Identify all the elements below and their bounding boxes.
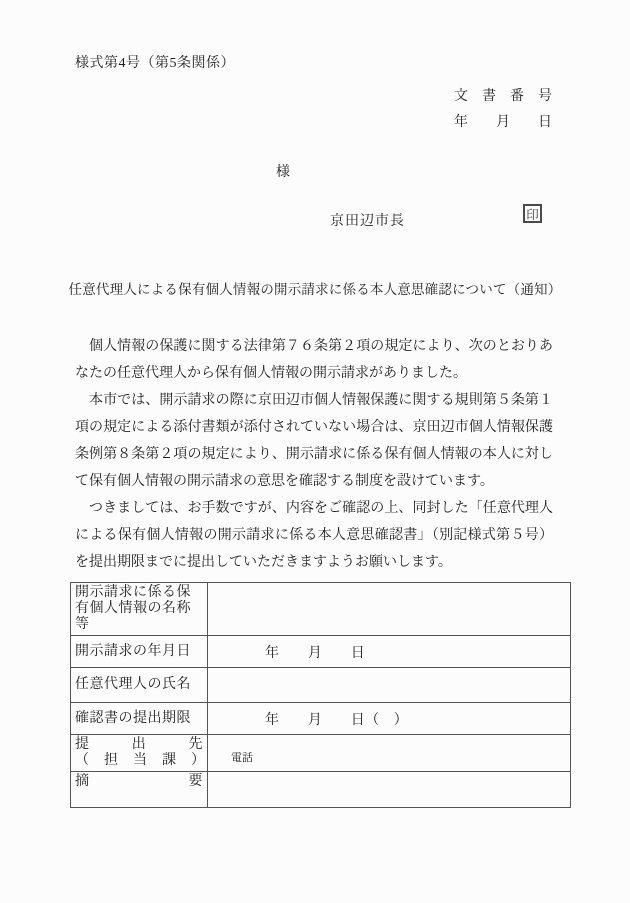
row-label-remarks: 摘 要 — [71, 772, 208, 808]
row-label-agent-name: 任意代理人の氏名 — [71, 668, 208, 703]
row-value-agent-name — [208, 668, 571, 703]
table-row-request-date: 開示請求の年月日 年 月 日 — [71, 636, 571, 668]
submission-office-label-line1: 提 出 先 — [75, 737, 203, 753]
addressee-suffix: 様 — [276, 161, 290, 181]
row-label-submission-office: 提 出 先 （ 担 当 課 ） — [71, 735, 208, 772]
table-row-personal-info-name: 開示請求に係る保有個人情報の名称等 — [71, 583, 571, 636]
submission-office-label-line2: （ 担 当 課 ） — [75, 753, 203, 769]
document-title: 任意代理人による保有個人情報の開示請求に係る本人意思確認について（通知） — [0, 278, 630, 298]
row-value-request-date: 年 月 日 — [208, 636, 571, 668]
seal-mark: 印 — [523, 204, 542, 223]
details-table: 開示請求に係る保有個人情報の名称等 開示請求の年月日 年 月 日 任意代理人の氏… — [70, 582, 571, 808]
form-number: 様式第4号（第5条関係） — [75, 52, 235, 72]
row-value-remarks — [208, 772, 571, 808]
sender-name: 京田辺市長 — [330, 210, 405, 230]
document-number-label: 文 書 番 号 — [454, 85, 552, 105]
paragraph-2: 本市では、開示請求の際に京田辺市個人情報保護に関する規則第５条第１項の規定による… — [75, 387, 553, 495]
row-label-personal-info-name: 開示請求に係る保有個人情報の名称等 — [71, 583, 208, 636]
table-row-agent-name: 任意代理人の氏名 — [71, 668, 571, 703]
table-row-submission-office: 提 出 先 （ 担 当 課 ） 電話 — [71, 735, 571, 772]
document-page: 様式第4号（第5条関係） 文 書 番 号 年 月 日 様 京田辺市長 印 任意代… — [0, 0, 630, 903]
row-value-personal-info-name — [208, 583, 571, 636]
body-text: 個人情報の保護に関する法律第７６条第２項の規定により、次のとおりあなたの任意代理… — [75, 333, 553, 576]
header-date-line: 年 月 日 — [454, 111, 552, 131]
paragraph-1: 個人情報の保護に関する法律第７６条第２項の規定により、次のとおりあなたの任意代理… — [75, 333, 553, 387]
row-label-submission-deadline: 確認書の提出期限 — [71, 703, 208, 735]
paragraph-3: つきましては、お手数ですが、内容をご確認の上、同封した「任意代理人による保有個人… — [75, 495, 553, 576]
table-row-submission-deadline: 確認書の提出期限 年 月 日（ ） — [71, 703, 571, 735]
row-label-request-date: 開示請求の年月日 — [71, 636, 208, 668]
table-row-remarks: 摘 要 — [71, 772, 571, 808]
row-value-phone: 電話 — [208, 735, 571, 772]
row-value-submission-deadline: 年 月 日（ ） — [208, 703, 571, 735]
